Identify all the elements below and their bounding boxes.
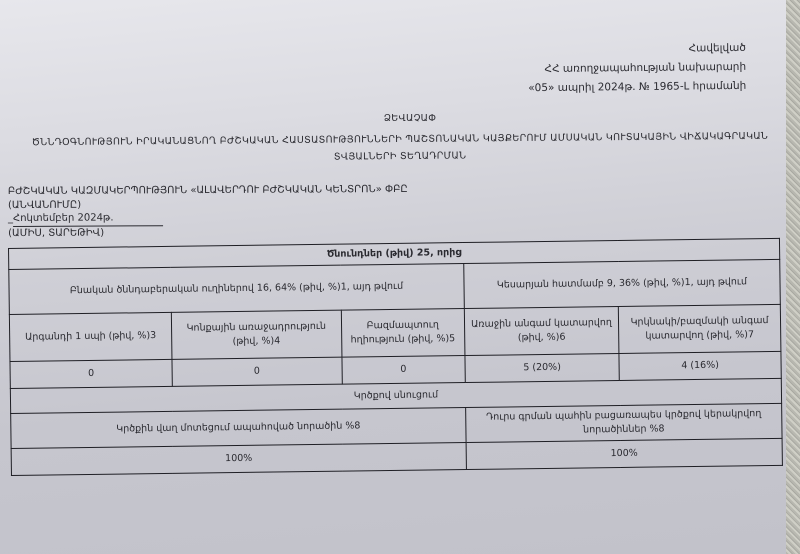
- early-breastfeeding-value: 100%: [11, 443, 466, 476]
- repeat-cesarean-header: Կրկնակի/բազմակի անգամ կատարվող (թիվ, %)7: [618, 304, 781, 353]
- early-breastfeeding-header: Կրծքին վաղ մոտեցում ապահոված նորածին %8: [11, 408, 466, 449]
- uterine-scar-header: Արգանդի 1 սպի (թիվ, %)3: [9, 312, 172, 361]
- births-report-table: Ծնունդներ (թիվ) 25, որից Բնական ծննդաբեր…: [8, 238, 783, 476]
- organization-block: ԲԺՇԿԱԿԱՆ ԿԱԶՄԱԿԵՐՊՈՒԹՅՈՒՆ «ԱԼԱՎԵՐԴՈՒ ԲԺՇ…: [8, 183, 408, 240]
- multiple-pregnancy-value: 0: [341, 356, 465, 385]
- form-subtitle: ԾՆՆԴՕԳՆՈՒԹՅՈՒՆ ԻՐԱԿԱՆԱՑՆՈՂ ԲԺՇԿԱԿԱՆ ՀԱՍՏ…: [20, 128, 780, 169]
- uterine-scar-value: 0: [10, 359, 172, 388]
- cesarean-header: Կեսարյան հատմամբ 9, 36% (թիվ, %)1, այդ թ…: [464, 259, 781, 308]
- exclusive-breastfeeding-header: Դուրս գրման պահին բացառապես կրծքով կերակ…: [466, 403, 783, 442]
- month-value: Հոկտեմբեր 2024թ.: [13, 211, 164, 226]
- exclusive-breastfeeding-value: 100%: [466, 438, 782, 469]
- breech-value: 0: [172, 357, 342, 386]
- month-caption: (ԱՄԻՍ, ՏԱՐԵԹԻՎ): [8, 224, 408, 240]
- background-surface: [786, 0, 800, 554]
- approval-line-2: ՀՀ առողջապահության նախարարի: [528, 58, 746, 79]
- multiple-pregnancy-header: Բազմապտուղ հղիություն (թիվ, %)5: [341, 309, 465, 358]
- repeat-cesarean-value: 4 (16%): [619, 351, 781, 380]
- approval-block: Հավելված ՀՀ առողջապահության նախարարի «05…: [528, 39, 747, 98]
- natural-birth-header: Բնական ծննդաբերական ուղիներով 16, 64% (թ…: [9, 264, 464, 315]
- approval-line-1: Հավելված: [528, 39, 746, 60]
- first-cesarean-value: 5 (20%): [465, 354, 620, 383]
- breech-header: Կոնքային առաջադրություն (թիվ, %)4: [171, 310, 341, 359]
- approval-line-3: «05» ապրիլ 2024թ. № 1965-Լ հրամանի: [528, 77, 746, 98]
- document-page: Հավելված ՀՀ առողջապահության նախարարի «05…: [0, 0, 786, 554]
- organization-name: ԲԺՇԿԱԿԱՆ ԿԱԶՄԱԿԵՐՊՈՒԹՅՈՒՆ «ԱԼԱՎԵՐԴՈՒ ԲԺՇ…: [8, 183, 408, 199]
- form-title: ՁԵՎԱՉԱՓ: [30, 113, 790, 124]
- first-cesarean-header: Առաջին անգամ կատարվող (թիվ, %)6: [464, 307, 619, 356]
